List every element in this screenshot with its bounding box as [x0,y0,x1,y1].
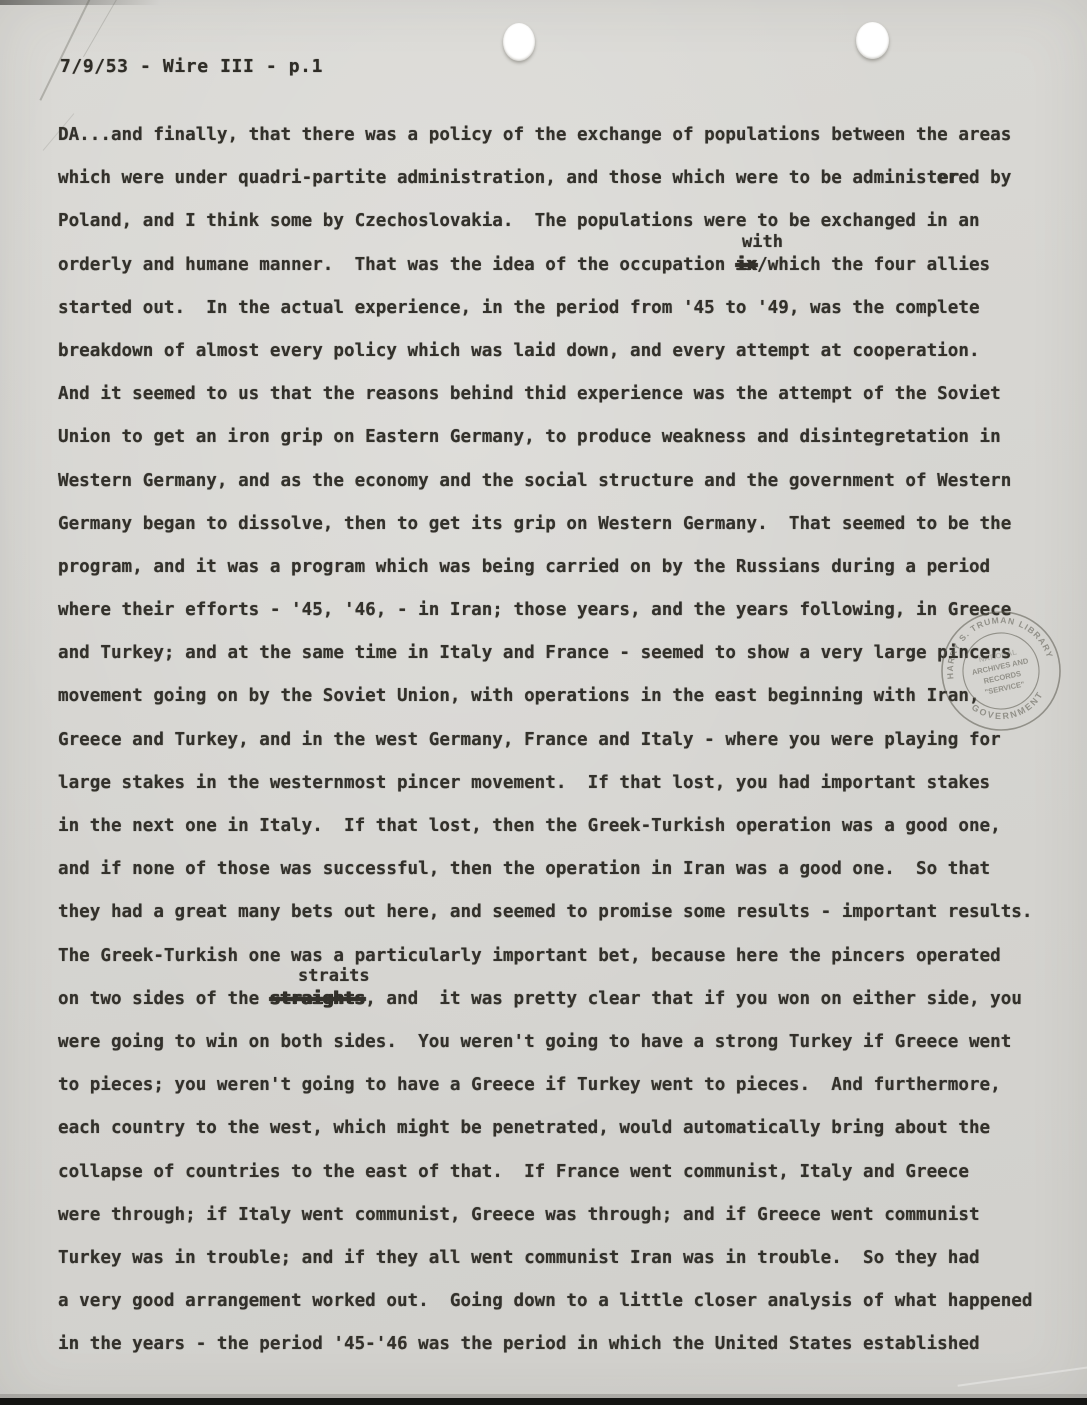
typed-line: straitson two sides of the straights, an… [58,978,1068,1021]
typed-line: started out. In the actual experience, i… [58,287,1068,330]
typed-line: movement going on by the Soviet Union, w… [58,675,1068,718]
typed-text: breakdown of almost every policy which w… [58,341,980,361]
typed-line: Turkey was in trouble; and if they all w… [58,1237,1068,1280]
typed-text: collapse of countries to the east of tha… [58,1162,969,1182]
punch-hole [856,22,889,59]
interline-insertion: straits [298,967,370,985]
typed-line: where their efforts - '45, '46, - in Ira… [58,589,1068,632]
typed-text: started out. In the actual experience, i… [58,298,980,318]
typed-text: /which the four allies [757,255,990,275]
paper-crease [83,0,119,57]
typed-text: large stakes in the westernmost pincer m… [58,773,990,793]
typed-text: And it seemed to us that the reasons beh… [58,384,1001,404]
typed-line: Poland, and I think some by Czechoslovak… [58,200,1068,243]
typed-text: were going to win on both sides. You wer… [58,1032,1011,1052]
typed-text: in the next one in Italy. If that lost, … [58,816,1001,836]
typed-line: Greece and Turkey, and in the west Germa… [58,719,1068,762]
typed-text: Union to get an iron grip on Eastern Ger… [58,427,1001,447]
typed-text: orderly and humane manner. That was the … [58,255,736,275]
typed-line: Germany began to dissolve, then to get i… [58,503,1068,546]
typed-line: and if none of those was successful, the… [58,848,1068,891]
typed-line: were through; if Italy went communist, G… [58,1194,1068,1237]
typed-text: Germany began to dissolve, then to get i… [58,514,1011,534]
typed-text: Greece and Turkey, and in the west Germa… [58,730,1001,750]
typed-line: in the years - the period '45-'46 was th… [58,1323,1068,1366]
document-page: 7/9/53 - Wire III - p.1 DA...and finally… [0,0,1087,1405]
struck-text: ix [736,255,757,275]
typed-text: Western Germany, and as the economy and … [58,471,1011,491]
typed-text: DA...and finally, that there was a polic… [58,125,1011,145]
typed-text: ed by [958,168,1011,188]
typed-text: in the years - the period '45-'46 was th… [58,1334,980,1354]
typed-text: they had a great many bets out here, and… [58,902,1033,922]
typed-line: were going to win on both sides. You wer… [58,1021,1068,1064]
typed-line: which were under quadri-partite administ… [58,157,1068,200]
typed-text: , and it was pretty clear that if you wo… [365,989,1022,1009]
typed-line: Western Germany, and as the economy and … [58,460,1068,503]
typed-text: and if none of those was successful, the… [58,859,990,879]
typed-text: each country to the west, which might be… [58,1118,990,1138]
overtyped-text: er [937,168,958,188]
typed-text: movement going on by the Soviet Union, w… [58,686,980,706]
typed-text: were through; if Italy went communist, G… [58,1205,980,1225]
typed-text: on two sides of the [58,989,270,1009]
typed-line: large stakes in the westernmost pincer m… [58,762,1068,805]
typed-line: withorderly and humane manner. That was … [58,244,1068,287]
typed-text: Turkey was in trouble; and if they all w… [58,1248,980,1268]
typed-text: Poland, and I think some by Czechoslovak… [58,211,980,231]
typed-text: to pieces; you weren't going to have a G… [58,1075,1001,1095]
typed-line: in the next one in Italy. If that lost, … [58,805,1068,848]
typed-line: they had a great many bets out here, and… [58,891,1068,934]
page-title: 7/9/53 - Wire III - p.1 [60,56,323,77]
archives-stamp: HARRY S. TRUMAN LIBRARY GOVERNMENT NATIO… [926,596,1075,745]
typed-text: The Greek-Turkish one was a particularly… [58,946,1001,966]
typed-line: program, and it was a program which was … [58,546,1068,589]
struck-text: straights [270,989,365,1009]
typed-text: where their efforts - '45, '46, - in Ira… [58,600,1011,620]
typed-line: to pieces; you weren't going to have a G… [58,1064,1068,1107]
typed-line: each country to the west, which might be… [58,1107,1068,1150]
punch-hole [503,23,535,61]
typed-line: breakdown of almost every policy which w… [58,330,1068,373]
typed-text: and Turkey; and at the same time in Ital… [58,643,1011,663]
typed-line: And it seemed to us that the reasons beh… [58,373,1068,416]
typed-text: which were under quadri-partite administ… [58,168,937,188]
typed-line: and Turkey; and at the same time in Ital… [58,632,1068,675]
typed-lines: DA...and finally, that there was a polic… [58,114,1068,1366]
typed-line: DA...and finally, that there was a polic… [58,114,1068,157]
paper-edge-top [0,0,160,5]
typed-text: program, and it was a program which was … [58,557,990,577]
typed-line: collapse of countries to the east of tha… [58,1151,1068,1194]
typed-line: Union to get an iron grip on Eastern Ger… [58,416,1068,459]
typed-line: a very good arrangement worked out. Goin… [58,1280,1068,1323]
paper-edge-bottom [0,1398,1087,1405]
interline-insertion: with [742,233,783,251]
typed-line: The Greek-Turkish one was a particularly… [58,935,1068,978]
typed-text: a very good arrangement worked out. Goin… [58,1291,1033,1311]
paper-crease [958,1365,1087,1386]
